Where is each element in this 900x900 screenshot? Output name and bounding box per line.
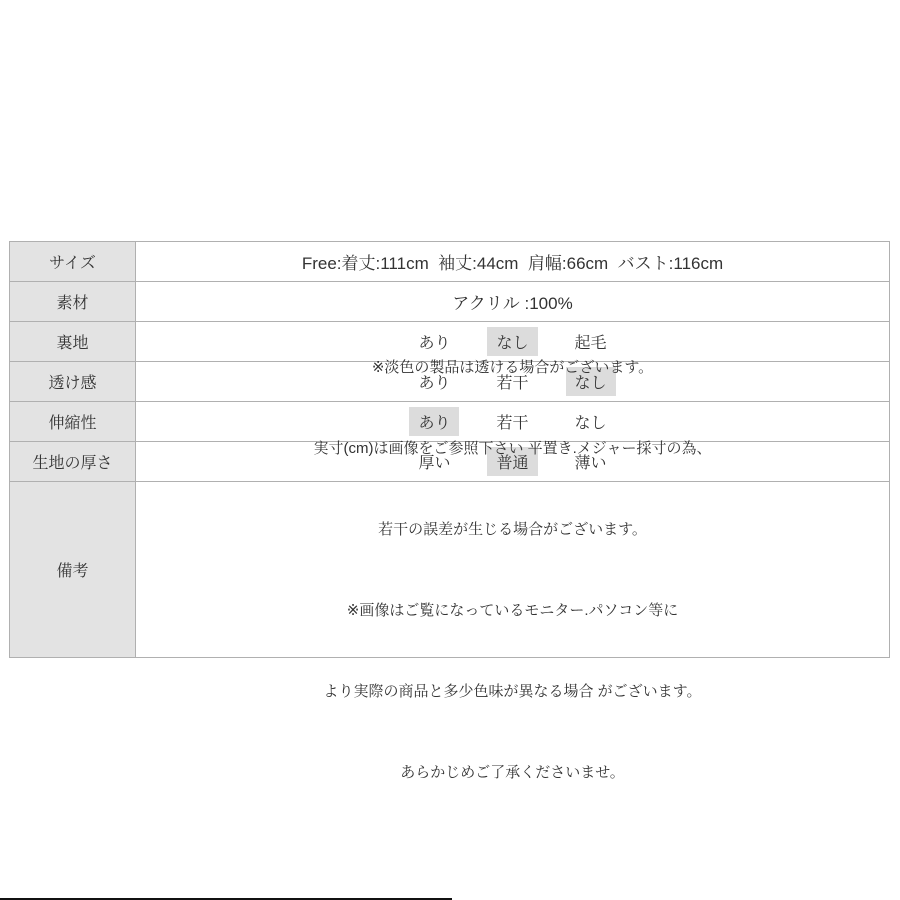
spec-label-material: 素材	[10, 282, 136, 321]
spec-label-stretch: 伸縮性	[10, 402, 136, 441]
product-spec-page: サイズ Free:着丈:111cm 袖丈:44cm 肩幅:66cm バスト:11…	[0, 0, 900, 900]
remarks-line-1: ※淡色の製品は透ける場合がございます。	[136, 354, 889, 381]
spec-row-size: サイズ Free:着丈:111cm 袖丈:44cm 肩幅:66cm バスト:11…	[10, 242, 889, 281]
spec-row-remarks: 備考 ※淡色の製品は透ける場合がございます。 実寸(cm)は画像をご参照下さい …	[10, 481, 889, 657]
spec-label-thickness: 生地の厚さ	[10, 442, 136, 481]
remarks-line-6: あらかじめご了承くださいませ。	[136, 759, 889, 786]
spec-label-remarks: 備考	[10, 482, 136, 657]
remarks-line-4: ※画像はご覧になっているモニター.パソコン等に	[136, 597, 889, 624]
remarks-line-3: 若干の誤差が生じる場合がございます。	[136, 516, 889, 543]
remarks-line-2: 実寸(cm)は画像をご参照下さい 平置き.メジャー採寸の為、	[136, 435, 889, 462]
spec-value-remarks: ※淡色の製品は透ける場合がございます。 実寸(cm)は画像をご参照下さい 平置き…	[136, 482, 889, 657]
product-spec-table: サイズ Free:着丈:111cm 袖丈:44cm 肩幅:66cm バスト:11…	[9, 241, 890, 658]
spec-label-sheerness: 透け感	[10, 362, 136, 401]
spec-label-size: サイズ	[10, 242, 136, 281]
spec-label-lining: 裏地	[10, 322, 136, 361]
remarks-text-block: ※淡色の製品は透ける場合がございます。 実寸(cm)は画像をご参照下さい 平置き…	[136, 300, 889, 840]
spec-value-size: Free:着丈:111cm 袖丈:44cm 肩幅:66cm バスト:116cm	[136, 242, 889, 281]
remarks-line-5: より実際の商品と多少色味が異なる場合 がございます。	[136, 678, 889, 705]
